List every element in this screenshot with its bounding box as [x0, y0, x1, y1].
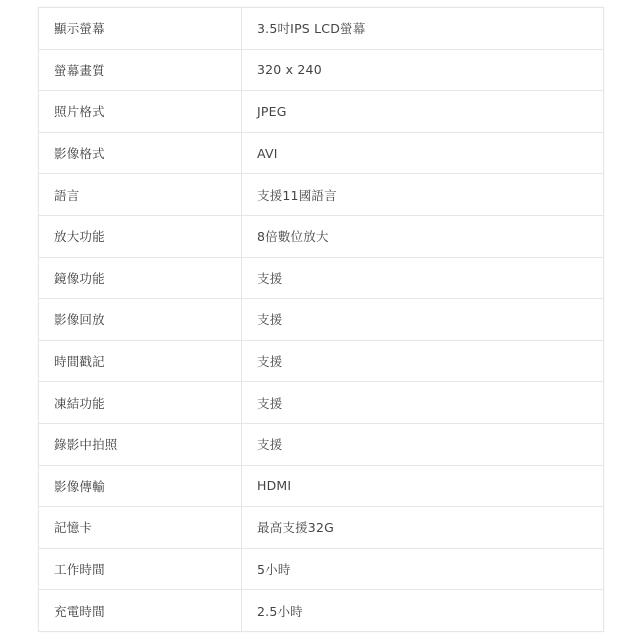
spec-label: 放大功能	[39, 215, 242, 257]
spec-value: 支援	[242, 340, 604, 382]
spec-value: 支援	[242, 257, 604, 299]
table-row: 照片格式 JPEG	[39, 91, 604, 133]
spec-value: 2.5小時	[242, 590, 604, 632]
table-row: 凍結功能 支援	[39, 382, 604, 424]
table-row: 影像格式 AVI	[39, 132, 604, 174]
spec-label: 顯示螢幕	[39, 8, 242, 50]
spec-label: 錄影中拍照	[39, 423, 242, 465]
spec-value: 支援	[242, 423, 604, 465]
spec-label: 時間戳記	[39, 340, 242, 382]
spec-value: HDMI	[242, 465, 604, 507]
spec-label: 照片格式	[39, 91, 242, 133]
spec-value: JPEG	[242, 91, 604, 133]
spec-label: 影像格式	[39, 132, 242, 174]
spec-value: 8倍數位放大	[242, 215, 604, 257]
spec-table: 顯示螢幕 3.5吋IPS LCD螢幕 螢幕畫質 320 x 240 照片格式 J…	[38, 7, 604, 632]
spec-label: 影像傳輸	[39, 465, 242, 507]
table-row: 顯示螢幕 3.5吋IPS LCD螢幕	[39, 8, 604, 50]
table-row: 工作時間 5小時	[39, 548, 604, 590]
spec-value: 支援11國語言	[242, 174, 604, 216]
spec-label: 凍結功能	[39, 382, 242, 424]
spec-label: 記憶卡	[39, 507, 242, 549]
spec-value: 最高支援32G	[242, 507, 604, 549]
table-row: 影像傳輸 HDMI	[39, 465, 604, 507]
spec-value: 320 x 240	[242, 49, 604, 91]
table-row: 語言 支援11國語言	[39, 174, 604, 216]
spec-label: 充電時間	[39, 590, 242, 632]
spec-label: 影像回放	[39, 299, 242, 341]
spec-value: 3.5吋IPS LCD螢幕	[242, 8, 604, 50]
table-row: 充電時間 2.5小時	[39, 590, 604, 632]
spec-label: 鏡像功能	[39, 257, 242, 299]
spec-value: 5小時	[242, 548, 604, 590]
spec-value: 支援	[242, 382, 604, 424]
table-row: 螢幕畫質 320 x 240	[39, 49, 604, 91]
spec-label: 工作時間	[39, 548, 242, 590]
table-row: 記憶卡 最高支援32G	[39, 507, 604, 549]
table-row: 放大功能 8倍數位放大	[39, 215, 604, 257]
spec-label: 螢幕畫質	[39, 49, 242, 91]
table-row: 鏡像功能 支援	[39, 257, 604, 299]
table-row: 影像回放 支援	[39, 299, 604, 341]
table-row: 錄影中拍照 支援	[39, 423, 604, 465]
spec-value: AVI	[242, 132, 604, 174]
spec-label: 語言	[39, 174, 242, 216]
spec-value: 支援	[242, 299, 604, 341]
table-row: 時間戳記 支援	[39, 340, 604, 382]
spec-table-body: 顯示螢幕 3.5吋IPS LCD螢幕 螢幕畫質 320 x 240 照片格式 J…	[39, 8, 604, 632]
